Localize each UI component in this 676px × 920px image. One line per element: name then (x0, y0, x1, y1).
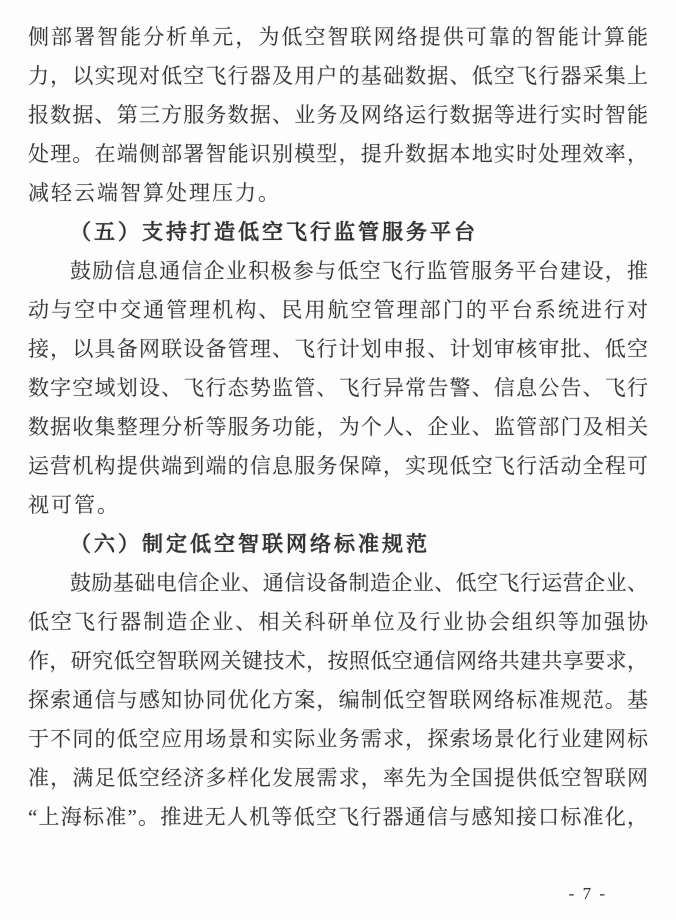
text-line: 处理。在端侧部署智能识别模型，提升数据本地实时处理效率， (28, 135, 648, 174)
text-line: 视可管。 (28, 486, 648, 525)
text-line: 于不同的低空应用场景和实际业务需求，探索场景化行业建网标 (28, 720, 648, 759)
page-number: - 7 - (569, 884, 607, 904)
text-line: 侧部署智能分析单元，为低空智联网络提供可靠的智能计算能 (28, 18, 648, 57)
document-page: 侧部署智能分析单元，为低空智联网络提供可靠的智能计算能 力，以实现对低空飞行器及… (0, 0, 676, 920)
text-line: 报数据、第三方服务数据、业务及网络运行数据等进行实时智能 (28, 96, 648, 135)
section-heading-5: （五）支持打造低空飞行监管服务平台 (28, 213, 648, 252)
text-line: 减轻云端智算处理压力。 (28, 174, 648, 213)
text-line: 鼓励基础电信企业、通信设备制造企业、低空飞行运营企业、 (28, 564, 648, 603)
document-body: 侧部署智能分析单元，为低空智联网络提供可靠的智能计算能 力，以实现对低空飞行器及… (0, 0, 676, 837)
text-line: 鼓励信息通信企业积极参与低空飞行监管服务平台建设，推 (28, 252, 648, 291)
text-line: 作，研究低空智联网关键技术，按照低空通信网络共建共享要求， (28, 642, 648, 681)
text-line: 接，以具备网联设备管理、飞行计划申报、计划审核审批、低空 (28, 330, 648, 369)
text-line: 动与空中交通管理机构、民用航空管理部门的平台系统进行对 (28, 291, 648, 330)
section-heading-6: （六）制定低空智联网络标准规范 (28, 525, 648, 564)
text-line: 数字空域划设、飞行态势监管、飞行异常告警、信息公告、飞行 (28, 369, 648, 408)
text-line: 低空飞行器制造企业、相关科研单位及行业协会组织等加强协 (28, 603, 648, 642)
text-line: 数据收集整理分析等服务功能，为个人、企业、监管部门及相关 (28, 408, 648, 447)
text-line: “上海标准”。推进无人机等低空飞行器通信与感知接口标准化， (28, 798, 648, 837)
text-line: 探索通信与感知协同优化方案，编制低空智联网络标准规范。基 (28, 681, 648, 720)
text-line: 准，满足低空经济多样化发展需求，率先为全国提供低空智联网 (28, 759, 648, 798)
text-line: 力，以实现对低空飞行器及用户的基础数据、低空飞行器采集上 (28, 57, 648, 96)
text-line: 运营机构提供端到端的信息服务保障，实现低空飞行活动全程可 (28, 447, 648, 486)
